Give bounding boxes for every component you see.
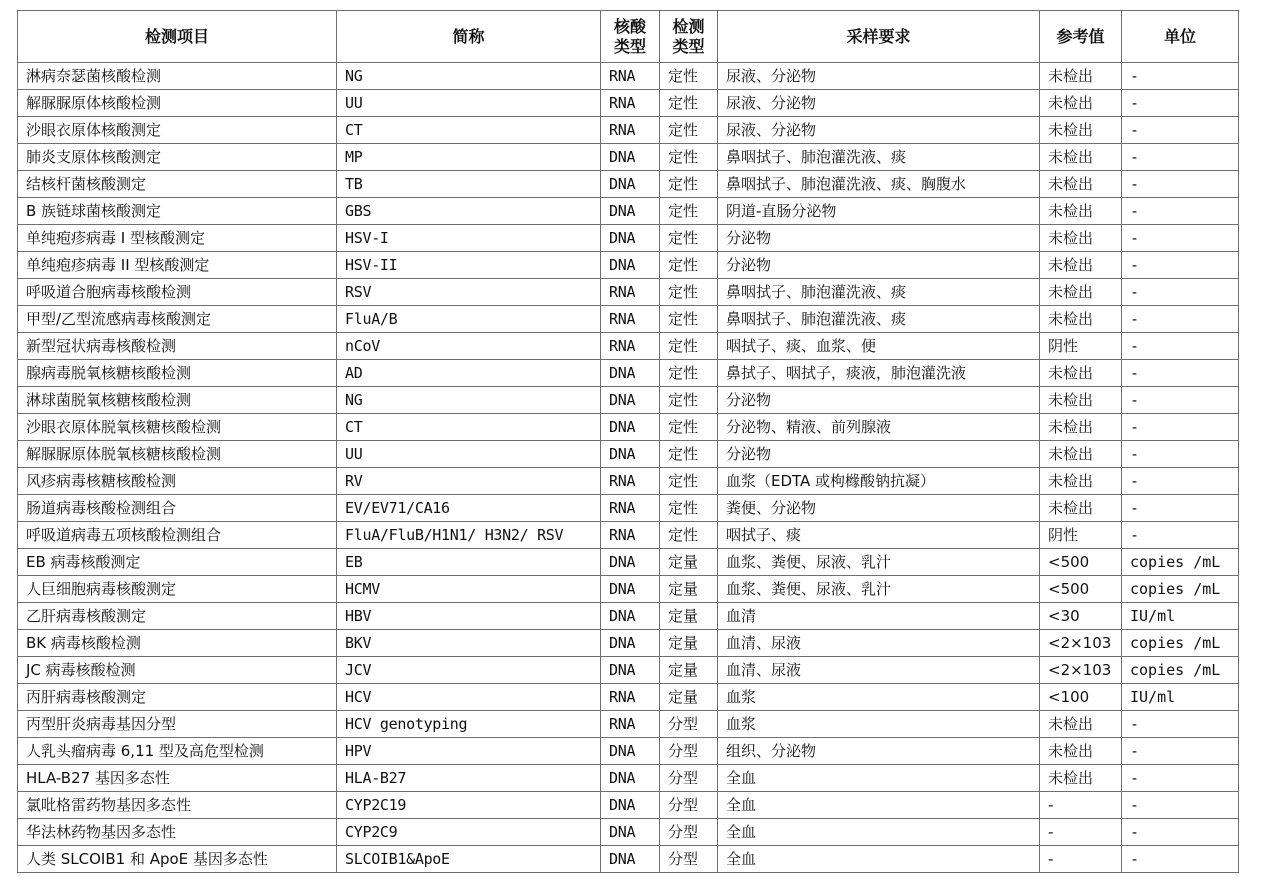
nucleic-type-cell: DNA: [601, 252, 660, 279]
nucleic-type-cell: DNA: [601, 576, 660, 603]
test-type-cell: 定性: [660, 117, 718, 144]
test-type-cell: 定性: [660, 306, 718, 333]
abbreviation-cell: RSV: [337, 279, 601, 306]
unit-cell: IU/ml: [1122, 603, 1239, 630]
table-row: JC 病毒核酸检测JCVDNA定量血清、尿液<2×103copies /mL: [18, 657, 1239, 684]
sample-requirement-cell: 血浆: [718, 711, 1040, 738]
table-row: EB 病毒核酸测定EBDNA定量血浆、粪便、尿液、乳汁<500copies /m…: [18, 549, 1239, 576]
header-unit: 单位: [1122, 11, 1239, 63]
test-type-cell: 定性: [660, 387, 718, 414]
reference-value-cell: 未检出: [1040, 198, 1122, 225]
nucleic-type-cell: DNA: [601, 225, 660, 252]
unit-cell: -: [1122, 522, 1239, 549]
test-item-cell: 淋病奈瑟菌核酸检测: [18, 63, 337, 90]
abbreviation-cell: UU: [337, 441, 601, 468]
header-row: 检测项目 简称 核酸类型 检测类型 采样要求 参考值 单位: [18, 11, 1239, 63]
header-abbreviation: 简称: [337, 11, 601, 63]
sample-requirement-cell: 尿液、分泌物: [718, 90, 1040, 117]
sample-requirement-cell: 分泌物: [718, 441, 1040, 468]
table-row: 人类 SLCOIB1 和 ApoE 基因多态性SLCOIB1&ApoEDNA分型…: [18, 846, 1239, 873]
abbreviation-cell: MP: [337, 144, 601, 171]
lab-test-table: 检测项目 简称 核酸类型 检测类型 采样要求 参考值 单位 淋病奈瑟菌核酸检测N…: [17, 10, 1239, 873]
unit-cell: -: [1122, 306, 1239, 333]
table-row: 人乳头瘤病毒 6,11 型及高危型检测HPVDNA分型组织、分泌物未检出-: [18, 738, 1239, 765]
table-row: 淋球菌脱氧核糖核酸检测NGDNA定性分泌物未检出-: [18, 387, 1239, 414]
unit-cell: -: [1122, 495, 1239, 522]
header-test-item: 检测项目: [18, 11, 337, 63]
table-row: 淋病奈瑟菌核酸检测NGRNA定性尿液、分泌物未检出-: [18, 63, 1239, 90]
test-item-cell: 结核杆菌核酸测定: [18, 171, 337, 198]
abbreviation-cell: HSV-I: [337, 225, 601, 252]
nucleic-type-cell: DNA: [601, 792, 660, 819]
reference-value-cell: 未检出: [1040, 279, 1122, 306]
abbreviation-cell: HBV: [337, 603, 601, 630]
test-type-cell: 定性: [660, 414, 718, 441]
reference-value-cell: 未检出: [1040, 144, 1122, 171]
reference-value-cell: 未检出: [1040, 495, 1122, 522]
test-item-cell: 淋球菌脱氧核糖核酸检测: [18, 387, 337, 414]
abbreviation-cell: CT: [337, 414, 601, 441]
sample-requirement-cell: 全血: [718, 846, 1040, 873]
abbreviation-cell: HPV: [337, 738, 601, 765]
unit-cell: -: [1122, 279, 1239, 306]
sample-requirement-cell: 粪便、分泌物: [718, 495, 1040, 522]
nucleic-type-cell: RNA: [601, 711, 660, 738]
nucleic-type-cell: RNA: [601, 306, 660, 333]
sample-requirement-cell: 血浆、粪便、尿液、乳汁: [718, 576, 1040, 603]
test-item-cell: 风疹病毒核糖核酸检测: [18, 468, 337, 495]
reference-value-cell: 阴性: [1040, 333, 1122, 360]
sample-requirement-cell: 分泌物: [718, 252, 1040, 279]
table-row: 肺炎支原体核酸测定MPDNA定性鼻咽拭子、肺泡灌洗液、痰未检出-: [18, 144, 1239, 171]
unit-cell: -: [1122, 711, 1239, 738]
abbreviation-cell: AD: [337, 360, 601, 387]
test-item-cell: HLA-B27 基因多态性: [18, 765, 337, 792]
unit-cell: -: [1122, 792, 1239, 819]
sample-requirement-cell: 尿液、分泌物: [718, 63, 1040, 90]
test-item-cell: BK 病毒核酸检测: [18, 630, 337, 657]
header-label-line1: 检测: [672, 17, 704, 36]
sample-requirement-cell: 分泌物、精液、前列腺液: [718, 414, 1040, 441]
reference-value-cell: 未检出: [1040, 360, 1122, 387]
header-sample-requirement: 采样要求: [718, 11, 1040, 63]
nucleic-type-cell: RNA: [601, 279, 660, 306]
unit-cell: IU/ml: [1122, 684, 1239, 711]
reference-value-cell: -: [1040, 846, 1122, 873]
abbreviation-cell: NG: [337, 387, 601, 414]
table-row: 沙眼衣原体核酸测定CTRNA定性尿液、分泌物未检出-: [18, 117, 1239, 144]
table-row: 结核杆菌核酸测定TBDNA定性鼻咽拭子、肺泡灌洗液、痰、胸腹水未检出-: [18, 171, 1239, 198]
table-row: 呼吸道病毒五项核酸检测组合FluA/FluB/H1N1/ H3N2/ RSVRN…: [18, 522, 1239, 549]
test-type-cell: 定性: [660, 522, 718, 549]
test-item-cell: JC 病毒核酸检测: [18, 657, 337, 684]
unit-cell: -: [1122, 414, 1239, 441]
table-row: 解脲脲原体脱氧核糖核酸检测UUDNA定性分泌物未检出-: [18, 441, 1239, 468]
header-label: 单位: [1164, 27, 1196, 46]
abbreviation-cell: GBS: [337, 198, 601, 225]
nucleic-type-cell: RNA: [601, 63, 660, 90]
test-type-cell: 分型: [660, 738, 718, 765]
test-type-cell: 定性: [660, 279, 718, 306]
nucleic-type-cell: DNA: [601, 441, 660, 468]
test-item-cell: 解脲脲原体核酸检测: [18, 90, 337, 117]
nucleic-type-cell: DNA: [601, 360, 660, 387]
unit-cell: copies /mL: [1122, 549, 1239, 576]
test-item-cell: 丙肝病毒核酸测定: [18, 684, 337, 711]
table-row: 肠道病毒核酸检测组合EV/EV71/CA16RNA定性粪便、分泌物未检出-: [18, 495, 1239, 522]
reference-value-cell: <100: [1040, 684, 1122, 711]
unit-cell: -: [1122, 333, 1239, 360]
unit-cell: -: [1122, 360, 1239, 387]
abbreviation-cell: CYP2C19: [337, 792, 601, 819]
test-item-cell: 呼吸道合胞病毒核酸检测: [18, 279, 337, 306]
sample-requirement-cell: 鼻咽拭子、肺泡灌洗液、痰、胸腹水: [718, 171, 1040, 198]
unit-cell: copies /mL: [1122, 630, 1239, 657]
reference-value-cell: -: [1040, 792, 1122, 819]
abbreviation-cell: HSV-II: [337, 252, 601, 279]
unit-cell: -: [1122, 198, 1239, 225]
test-type-cell: 定量: [660, 630, 718, 657]
header-label: 参考值: [1056, 27, 1104, 46]
reference-value-cell: 未检出: [1040, 171, 1122, 198]
sample-requirement-cell: 鼻咽拭子、肺泡灌洗液、痰: [718, 306, 1040, 333]
abbreviation-cell: CYP2C9: [337, 819, 601, 846]
unit-cell: -: [1122, 468, 1239, 495]
test-item-cell: 华法林药物基因多态性: [18, 819, 337, 846]
test-item-cell: EB 病毒核酸测定: [18, 549, 337, 576]
unit-cell: copies /mL: [1122, 576, 1239, 603]
table-row: 乙肝病毒核酸测定HBVDNA定量血清<30IU/ml: [18, 603, 1239, 630]
abbreviation-cell: NG: [337, 63, 601, 90]
table-row: BK 病毒核酸检测BKVDNA定量血清、尿液<2×103copies /mL: [18, 630, 1239, 657]
sample-requirement-cell: 血清: [718, 603, 1040, 630]
reference-value-cell: 未检出: [1040, 252, 1122, 279]
sample-requirement-cell: 血清、尿液: [718, 657, 1040, 684]
test-item-cell: 丙型肝炎病毒基因分型: [18, 711, 337, 738]
unit-cell: -: [1122, 441, 1239, 468]
table-row: 单纯疱疹病毒 II 型核酸测定HSV-IIDNA定性分泌物未检出-: [18, 252, 1239, 279]
test-type-cell: 定性: [660, 198, 718, 225]
nucleic-type-cell: DNA: [601, 846, 660, 873]
table-body: 淋病奈瑟菌核酸检测NGRNA定性尿液、分泌物未检出-解脲脲原体核酸检测UURNA…: [18, 63, 1239, 873]
table-row: 单纯疱疹病毒 I 型核酸测定HSV-IDNA定性分泌物未检出-: [18, 225, 1239, 252]
test-type-cell: 定性: [660, 333, 718, 360]
unit-cell: -: [1122, 387, 1239, 414]
reference-value-cell: -: [1040, 819, 1122, 846]
test-type-cell: 定性: [660, 225, 718, 252]
header-label-line2: 类型: [672, 37, 704, 56]
test-item-cell: 人类 SLCOIB1 和 ApoE 基因多态性: [18, 846, 337, 873]
table-row: 腺病毒脱氧核糖核酸检测ADDNA定性鼻拭子、咽拭子，痰液，肺泡灌洗液未检出-: [18, 360, 1239, 387]
unit-cell: -: [1122, 225, 1239, 252]
test-item-cell: 沙眼衣原体核酸测定: [18, 117, 337, 144]
table-row: 丙型肝炎病毒基因分型HCV genotypingRNA分型血浆未检出-: [18, 711, 1239, 738]
nucleic-type-cell: RNA: [601, 522, 660, 549]
nucleic-type-cell: DNA: [601, 171, 660, 198]
table-row: 风疹病毒核糖核酸检测RVRNA定性血浆（EDTA 或枸橼酸钠抗凝）未检出-: [18, 468, 1239, 495]
abbreviation-cell: TB: [337, 171, 601, 198]
header-label-line1: 核酸: [614, 17, 646, 36]
test-item-cell: 单纯疱疹病毒 II 型核酸测定: [18, 252, 337, 279]
nucleic-type-cell: DNA: [601, 603, 660, 630]
test-type-cell: 分型: [660, 792, 718, 819]
unit-cell: copies /mL: [1122, 657, 1239, 684]
test-item-cell: B 族链球菌核酸测定: [18, 198, 337, 225]
abbreviation-cell: HCV: [337, 684, 601, 711]
reference-value-cell: 未检出: [1040, 306, 1122, 333]
nucleic-type-cell: DNA: [601, 765, 660, 792]
test-type-cell: 分型: [660, 819, 718, 846]
header-test-type: 检测类型: [660, 11, 718, 63]
reference-value-cell: 未检出: [1040, 63, 1122, 90]
sample-requirement-cell: 分泌物: [718, 387, 1040, 414]
test-item-cell: 肠道病毒核酸检测组合: [18, 495, 337, 522]
reference-value-cell: <30: [1040, 603, 1122, 630]
test-type-cell: 定量: [660, 684, 718, 711]
sample-requirement-cell: 鼻咽拭子、肺泡灌洗液、痰: [718, 279, 1040, 306]
unit-cell: -: [1122, 738, 1239, 765]
reference-value-cell: 未检出: [1040, 90, 1122, 117]
abbreviation-cell: SLCOIB1&ApoE: [337, 846, 601, 873]
unit-cell: -: [1122, 144, 1239, 171]
header-label-line2: 类型: [614, 37, 646, 56]
test-type-cell: 分型: [660, 765, 718, 792]
test-type-cell: 定性: [660, 441, 718, 468]
abbreviation-cell: nCoV: [337, 333, 601, 360]
nucleic-type-cell: DNA: [601, 630, 660, 657]
sample-requirement-cell: 鼻咽拭子、肺泡灌洗液、痰: [718, 144, 1040, 171]
table-row: 新型冠状病毒核酸检测nCoVRNA定性咽拭子、痰、血浆、便阴性-: [18, 333, 1239, 360]
reference-value-cell: <500: [1040, 576, 1122, 603]
reference-value-cell: 未检出: [1040, 117, 1122, 144]
unit-cell: -: [1122, 90, 1239, 117]
sample-requirement-cell: 分泌物: [718, 225, 1040, 252]
test-item-cell: 呼吸道病毒五项核酸检测组合: [18, 522, 337, 549]
sample-requirement-cell: 咽拭子、痰: [718, 522, 1040, 549]
sample-requirement-cell: 组织、分泌物: [718, 738, 1040, 765]
reference-value-cell: 阴性: [1040, 522, 1122, 549]
test-item-cell: 人乳头瘤病毒 6,11 型及高危型检测: [18, 738, 337, 765]
sample-requirement-cell: 尿液、分泌物: [718, 117, 1040, 144]
nucleic-type-cell: DNA: [601, 738, 660, 765]
reference-value-cell: 未检出: [1040, 441, 1122, 468]
table-row: 丙肝病毒核酸测定HCVRNA定量血浆<100IU/ml: [18, 684, 1239, 711]
sample-requirement-cell: 全血: [718, 765, 1040, 792]
test-item-cell: 腺病毒脱氧核糖核酸检测: [18, 360, 337, 387]
test-type-cell: 定量: [660, 549, 718, 576]
reference-value-cell: 未检出: [1040, 414, 1122, 441]
abbreviation-cell: UU: [337, 90, 601, 117]
reference-value-cell: 未检出: [1040, 225, 1122, 252]
nucleic-type-cell: DNA: [601, 819, 660, 846]
test-item-cell: 肺炎支原体核酸测定: [18, 144, 337, 171]
nucleic-type-cell: RNA: [601, 90, 660, 117]
abbreviation-cell: RV: [337, 468, 601, 495]
table-row: HLA-B27 基因多态性HLA-B27DNA分型全血未检出-: [18, 765, 1239, 792]
reference-value-cell: <2×103: [1040, 657, 1122, 684]
reference-value-cell: 未检出: [1040, 387, 1122, 414]
test-item-cell: 解脲脲原体脱氧核糖核酸检测: [18, 441, 337, 468]
abbreviation-cell: CT: [337, 117, 601, 144]
sample-requirement-cell: 全血: [718, 792, 1040, 819]
nucleic-type-cell: DNA: [601, 549, 660, 576]
abbreviation-cell: FluA/B: [337, 306, 601, 333]
test-type-cell: 定性: [660, 468, 718, 495]
unit-cell: -: [1122, 765, 1239, 792]
test-type-cell: 定性: [660, 144, 718, 171]
unit-cell: -: [1122, 63, 1239, 90]
test-type-cell: 定性: [660, 90, 718, 117]
nucleic-type-cell: RNA: [601, 333, 660, 360]
reference-value-cell: 未检出: [1040, 738, 1122, 765]
unit-cell: -: [1122, 819, 1239, 846]
header-reference-value: 参考值: [1040, 11, 1122, 63]
table-row: B 族链球菌核酸测定GBSDNA定性阴道-直肠分泌物未检出-: [18, 198, 1239, 225]
abbreviation-cell: JCV: [337, 657, 601, 684]
test-type-cell: 定性: [660, 63, 718, 90]
abbreviation-cell: HLA-B27: [337, 765, 601, 792]
unit-cell: -: [1122, 171, 1239, 198]
abbreviation-cell: HCMV: [337, 576, 601, 603]
test-item-cell: 甲型/乙型流感病毒核酸测定: [18, 306, 337, 333]
unit-cell: -: [1122, 846, 1239, 873]
header-label: 采样要求: [846, 27, 910, 46]
nucleic-type-cell: RNA: [601, 117, 660, 144]
abbreviation-cell: HCV genotyping: [337, 711, 601, 738]
table-row: 华法林药物基因多态性CYP2C9DNA分型全血--: [18, 819, 1239, 846]
table-row: 人巨细胞病毒核酸测定HCMVDNA定量血浆、粪便、尿液、乳汁<500copies…: [18, 576, 1239, 603]
sample-requirement-cell: 咽拭子、痰、血浆、便: [718, 333, 1040, 360]
header-label: 检测项目: [145, 27, 209, 46]
nucleic-type-cell: DNA: [601, 414, 660, 441]
test-item-cell: 人巨细胞病毒核酸测定: [18, 576, 337, 603]
test-type-cell: 定性: [660, 171, 718, 198]
abbreviation-cell: EB: [337, 549, 601, 576]
table-row: 甲型/乙型流感病毒核酸测定FluA/BRNA定性鼻咽拭子、肺泡灌洗液、痰未检出-: [18, 306, 1239, 333]
table-row: 呼吸道合胞病毒核酸检测RSVRNA定性鼻咽拭子、肺泡灌洗液、痰未检出-: [18, 279, 1239, 306]
reference-value-cell: 未检出: [1040, 765, 1122, 792]
sample-requirement-cell: 血浆: [718, 684, 1040, 711]
test-type-cell: 定性: [660, 360, 718, 387]
test-type-cell: 定量: [660, 576, 718, 603]
test-type-cell: 定量: [660, 657, 718, 684]
header-nucleic-type: 核酸类型: [601, 11, 660, 63]
sample-requirement-cell: 全血: [718, 819, 1040, 846]
abbreviation-cell: EV/EV71/CA16: [337, 495, 601, 522]
unit-cell: -: [1122, 252, 1239, 279]
sample-requirement-cell: 血浆（EDTA 或枸橼酸钠抗凝）: [718, 468, 1040, 495]
sample-requirement-cell: 血清、尿液: [718, 630, 1040, 657]
nucleic-type-cell: DNA: [601, 387, 660, 414]
reference-value-cell: 未检出: [1040, 468, 1122, 495]
reference-value-cell: 未检出: [1040, 711, 1122, 738]
nucleic-type-cell: RNA: [601, 684, 660, 711]
test-item-cell: 氯吡格雷药物基因多态性: [18, 792, 337, 819]
table-row: 氯吡格雷药物基因多态性CYP2C19DNA分型全血--: [18, 792, 1239, 819]
reference-value-cell: <2×103: [1040, 630, 1122, 657]
unit-cell: -: [1122, 117, 1239, 144]
test-item-cell: 乙肝病毒核酸测定: [18, 603, 337, 630]
test-type-cell: 分型: [660, 711, 718, 738]
table-row: 沙眼衣原体脱氧核糖核酸检测CTDNA定性分泌物、精液、前列腺液未检出-: [18, 414, 1239, 441]
nucleic-type-cell: DNA: [601, 144, 660, 171]
nucleic-type-cell: DNA: [601, 198, 660, 225]
test-type-cell: 分型: [660, 846, 718, 873]
test-item-cell: 沙眼衣原体脱氧核糖核酸检测: [18, 414, 337, 441]
sample-requirement-cell: 血浆、粪便、尿液、乳汁: [718, 549, 1040, 576]
sample-requirement-cell: 阴道-直肠分泌物: [718, 198, 1040, 225]
test-type-cell: 定量: [660, 603, 718, 630]
header-label: 简称: [452, 27, 484, 46]
abbreviation-cell: FluA/FluB/H1N1/ H3N2/ RSV: [337, 522, 601, 549]
test-item-cell: 新型冠状病毒核酸检测: [18, 333, 337, 360]
test-type-cell: 定性: [660, 495, 718, 522]
test-item-cell: 单纯疱疹病毒 I 型核酸测定: [18, 225, 337, 252]
nucleic-type-cell: RNA: [601, 495, 660, 522]
table-row: 解脲脲原体核酸检测UURNA定性尿液、分泌物未检出-: [18, 90, 1239, 117]
nucleic-type-cell: RNA: [601, 468, 660, 495]
abbreviation-cell: BKV: [337, 630, 601, 657]
sample-requirement-cell: 鼻拭子、咽拭子，痰液，肺泡灌洗液: [718, 360, 1040, 387]
nucleic-type-cell: DNA: [601, 657, 660, 684]
reference-value-cell: <500: [1040, 549, 1122, 576]
test-type-cell: 定性: [660, 252, 718, 279]
